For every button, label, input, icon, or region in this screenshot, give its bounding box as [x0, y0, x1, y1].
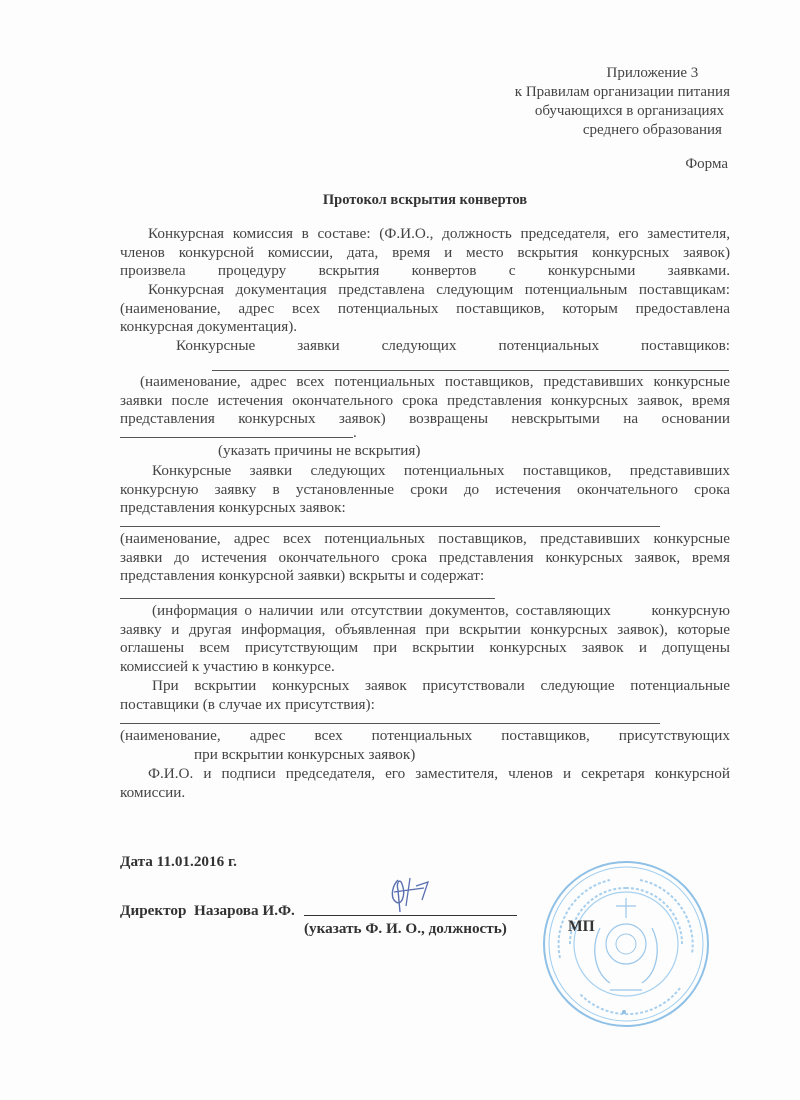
- paragraph-documentation: Конкурсная документация представлена сле…: [120, 281, 730, 337]
- text-line: заявку и другая информация, объявленная …: [120, 621, 730, 640]
- paragraph-opened-bids: (наименование, адрес всех потенциальных …: [120, 530, 730, 586]
- text-line: заявки до истечения окончательного срока…: [120, 549, 730, 568]
- text-line: Конкурсные заявки следующих потенциальны…: [120, 337, 730, 356]
- fill-line-present-suppliers[interactable]: [120, 723, 660, 724]
- fill-line-late-bidders[interactable]: [212, 370, 729, 371]
- appendix-line: к Правилам организации питания: [515, 83, 730, 102]
- form-label: Форма: [685, 156, 728, 173]
- document-page: Приложение 3 к Правилам организации пита…: [0, 0, 800, 1100]
- signature-hint: (указать Ф. И. О., должность): [304, 920, 507, 938]
- text-line: конкурсная документация).: [120, 318, 730, 337]
- text-line: (наименование, адрес всех потенциальных …: [120, 530, 730, 549]
- paragraph-present-note: (наименование, адрес всех потенциальных …: [120, 727, 730, 764]
- paragraph-returned-bids: (наименование, адрес всех потенциальных …: [120, 373, 730, 429]
- fill-line-reason[interactable]: [120, 437, 353, 438]
- text-line: заявки после истечения окончательного ср…: [120, 392, 730, 411]
- period: .: [353, 424, 357, 442]
- text-line: при вскрытии конкурсных заявок): [120, 746, 730, 765]
- text-line: Ф.И.О. и подписи председателя, его замес…: [120, 765, 730, 784]
- text-line: Конкурсная документация представлена сле…: [120, 281, 730, 300]
- paragraph-present-suppliers: При вскрытии конкурсных заявок присутств…: [120, 677, 730, 714]
- text-line: (наименование, адрес всех потенциальных …: [120, 727, 730, 746]
- paragraph-late-bids: Конкурсные заявки следующих потенциальны…: [120, 337, 730, 356]
- text-line: представления конкурсных заявок) возвращ…: [120, 410, 730, 429]
- text-line: конкурсную заявку в установленные сроки …: [120, 481, 730, 500]
- text-line: При вскрытии конкурсных заявок присутств…: [120, 677, 730, 696]
- paragraph-signatures: Ф.И.О. и подписи председателя, его замес…: [120, 765, 730, 802]
- text-line: (наименование, адрес всех потенциальных …: [120, 300, 730, 319]
- appendix-header: Приложение 3 к Правилам организации пита…: [515, 64, 730, 140]
- appendix-line: среднего образования: [515, 121, 730, 140]
- seal-label: МП: [568, 918, 595, 936]
- text-line: произвела процедуру вскрытия конвертов с…: [120, 262, 730, 281]
- signature-icon: [380, 872, 440, 914]
- text-line: (информация о наличии или отсутствии док…: [120, 602, 730, 621]
- document-title: Протокол вскрытия конвертов: [0, 192, 800, 209]
- text-line: представления конкурсной заявки) вскрыты…: [120, 567, 730, 586]
- text-line: поставщики (в случае их присутствия):: [120, 696, 730, 715]
- paragraph-ontime-bids: Конкурсные заявки следующих потенциальны…: [120, 462, 730, 518]
- date-label: Дата 11.01.2016 г.: [120, 853, 237, 871]
- text-line: членов конкурсной комиссии, дата, время …: [120, 244, 730, 263]
- text-line: (наименование, адрес всех потенциальных …: [120, 373, 730, 392]
- paragraph-commission: Конкурсная комиссия в составе: (Ф.И.О., …: [120, 225, 730, 281]
- text-line: комиссии.: [120, 784, 730, 803]
- text-line: оглашены всем присутствующим при вскрыти…: [120, 639, 730, 658]
- appendix-line: обучающихся в организациях: [515, 102, 730, 121]
- paragraph-info: (информация о наличии или отсутствии док…: [120, 602, 730, 676]
- seal-stamp-icon: [540, 858, 712, 1030]
- text-line: Конкурсная комиссия в составе: (Ф.И.О., …: [120, 225, 730, 244]
- text-line: представления конкурсных заявок:: [120, 499, 730, 518]
- text-line: Конкурсные заявки следующих потенциальны…: [120, 462, 730, 481]
- reason-note: (указать причины не вскрытия): [218, 442, 420, 460]
- text-line: комиссией к участию в конкурсе.: [120, 658, 730, 677]
- appendix-line: Приложение 3: [515, 64, 730, 83]
- director-label: Директор Назарова И.Ф.: [120, 902, 295, 920]
- fill-line-ontime-bidders[interactable]: [120, 526, 660, 527]
- fill-line-bid-contents[interactable]: [120, 598, 495, 599]
- signature-line[interactable]: [304, 915, 517, 916]
